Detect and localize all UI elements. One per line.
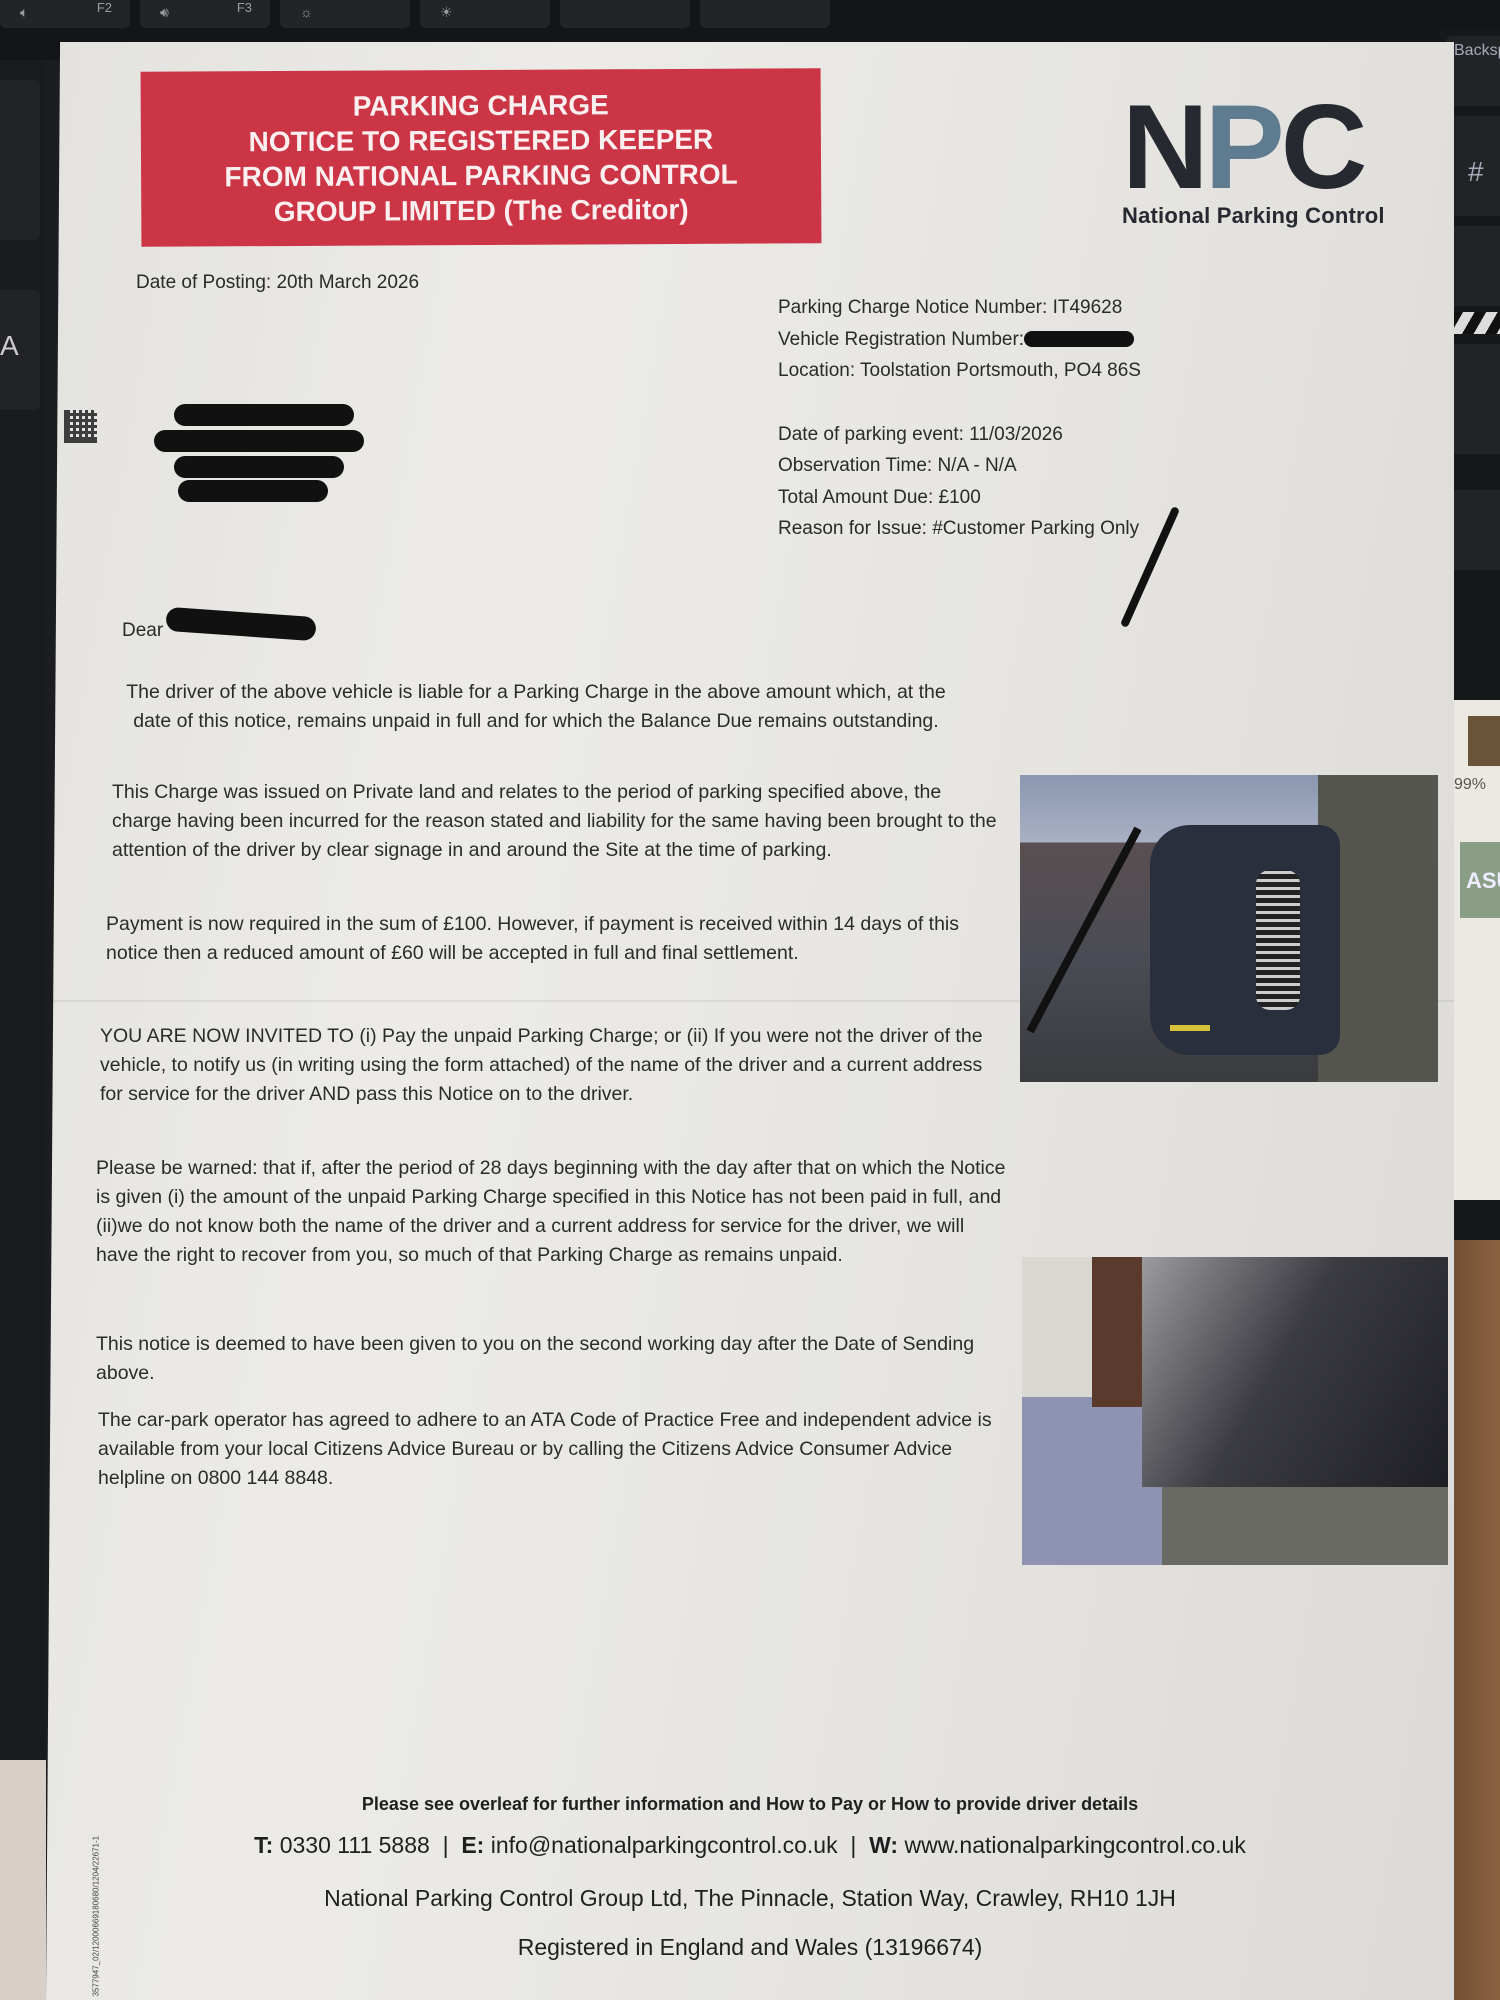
banner-line: GROUP LIMITED (The Creditor)	[141, 191, 821, 230]
total-amount-due: Total Amount Due: £100	[778, 482, 1141, 514]
product-icon	[1468, 716, 1500, 766]
keyboard-key	[1446, 490, 1500, 570]
paragraph-invitation: YOU ARE NOW INVITED TO (i) Pay the unpai…	[100, 1022, 1000, 1109]
sun-icon: ☼	[300, 4, 313, 20]
product-label: ASU	[1460, 842, 1500, 918]
banner-line: NOTICE TO REGISTERED KEEPER	[141, 121, 821, 160]
keyboard-left-background: A	[0, 60, 46, 1760]
paragraph-private-land: This Charge was issued on Private land a…	[112, 778, 1002, 865]
vehicle-registration: Vehicle Registration Number:	[778, 324, 1141, 356]
keyboard-key	[0, 80, 40, 240]
evidence-photo-1	[1020, 775, 1438, 1082]
notice-title-banner: PARKING CHARGE NOTICE TO REGISTERED KEEP…	[141, 68, 822, 247]
speaker-icon: 🔈︎	[20, 4, 28, 21]
redacted-name	[165, 607, 316, 641]
logo-letters: N P C	[1122, 97, 1432, 197]
npc-logo: N P C National Parking Control	[1122, 97, 1432, 229]
location: Location: Toolstation Portsmouth, PO4 86…	[778, 355, 1141, 387]
product-text: 99%	[1454, 776, 1486, 794]
paragraph-warning: Please be warned: that if, after the per…	[96, 1154, 1006, 1270]
notice-number: Parking Charge Notice Number: IT49628	[778, 292, 1141, 324]
email-address: info@nationalparkingcontrol.co.uk	[491, 1832, 838, 1858]
phone-number: 0330 111 5888	[280, 1832, 430, 1858]
keyboard-key-brightness-up: ☀︎	[420, 0, 550, 28]
keyboard-key-enter	[1446, 226, 1500, 306]
salutation: Dear	[122, 620, 163, 642]
company-address: National Parking Control Group Ltd, The …	[46, 1885, 1454, 1912]
redacted-address	[154, 394, 364, 514]
logo-subtitle: National Parking Control	[1122, 203, 1432, 229]
website-address: www.nationalparkingcontrol.co.uk	[904, 1832, 1245, 1858]
evidence-photo-2	[1022, 1257, 1448, 1565]
keyboard-key-shift	[1446, 344, 1500, 454]
keyboard-key-hash: #	[1446, 116, 1500, 216]
parking-event-date: Date of parking event: 11/03/2026	[778, 419, 1141, 451]
paragraph-liability: The driver of the above vehicle is liabl…	[116, 678, 956, 736]
keyboard-key-backspace: Backspace	[1446, 36, 1500, 106]
date-of-posting: Date of Posting: 20th March 2026	[136, 272, 419, 294]
parking-charge-notice: PARKING CHARGE NOTICE TO REGISTERED KEEP…	[46, 42, 1454, 2000]
keyboard-key-a: A	[0, 290, 40, 410]
banner-line: FROM NATIONAL PARKING CONTROL	[141, 156, 821, 195]
keyboard-key-volume: 🔊︎F3	[140, 0, 270, 28]
keyboard-key-f6	[700, 0, 830, 28]
notice-details: Parking Charge Notice Number: IT49628 Ve…	[778, 292, 1141, 545]
keyboard-key-brightness-down: ☼	[280, 0, 410, 28]
paragraph-deemed-given: This notice is deemed to have been given…	[96, 1330, 996, 1388]
overleaf-note: Please see overleaf for further informat…	[46, 1794, 1454, 1815]
paragraph-code-of-practice: The car-park operator has agreed to adhe…	[98, 1406, 998, 1493]
floor-background	[0, 1760, 46, 2000]
banner-line: PARKING CHARGE	[141, 86, 821, 125]
document-reference-code: 3577947_02/12000669180680/1204/22671-1	[92, 1777, 101, 1997]
contact-line: T: 0330 111 5888 | E: info@nationalparki…	[46, 1832, 1454, 1859]
redaction-mark	[1024, 331, 1134, 347]
sun-icon: ☀︎	[440, 4, 453, 21]
product-box-background	[1450, 700, 1500, 1200]
observation-time: Observation Time: N/A - N/A	[778, 450, 1141, 482]
reason-for-issue: Reason for Issue: #Customer Parking Only	[778, 513, 1141, 545]
keyboard-key-f5	[560, 0, 690, 28]
paragraph-payment: Payment is now required in the sum of £1…	[106, 910, 996, 968]
keyboard-key-mute: 🔈︎F2	[0, 0, 130, 28]
speaker-loud-icon: 🔊︎	[160, 4, 169, 21]
company-registration: Registered in England and Wales (1319667…	[46, 1934, 1454, 1961]
datamatrix-barcode	[64, 410, 97, 443]
